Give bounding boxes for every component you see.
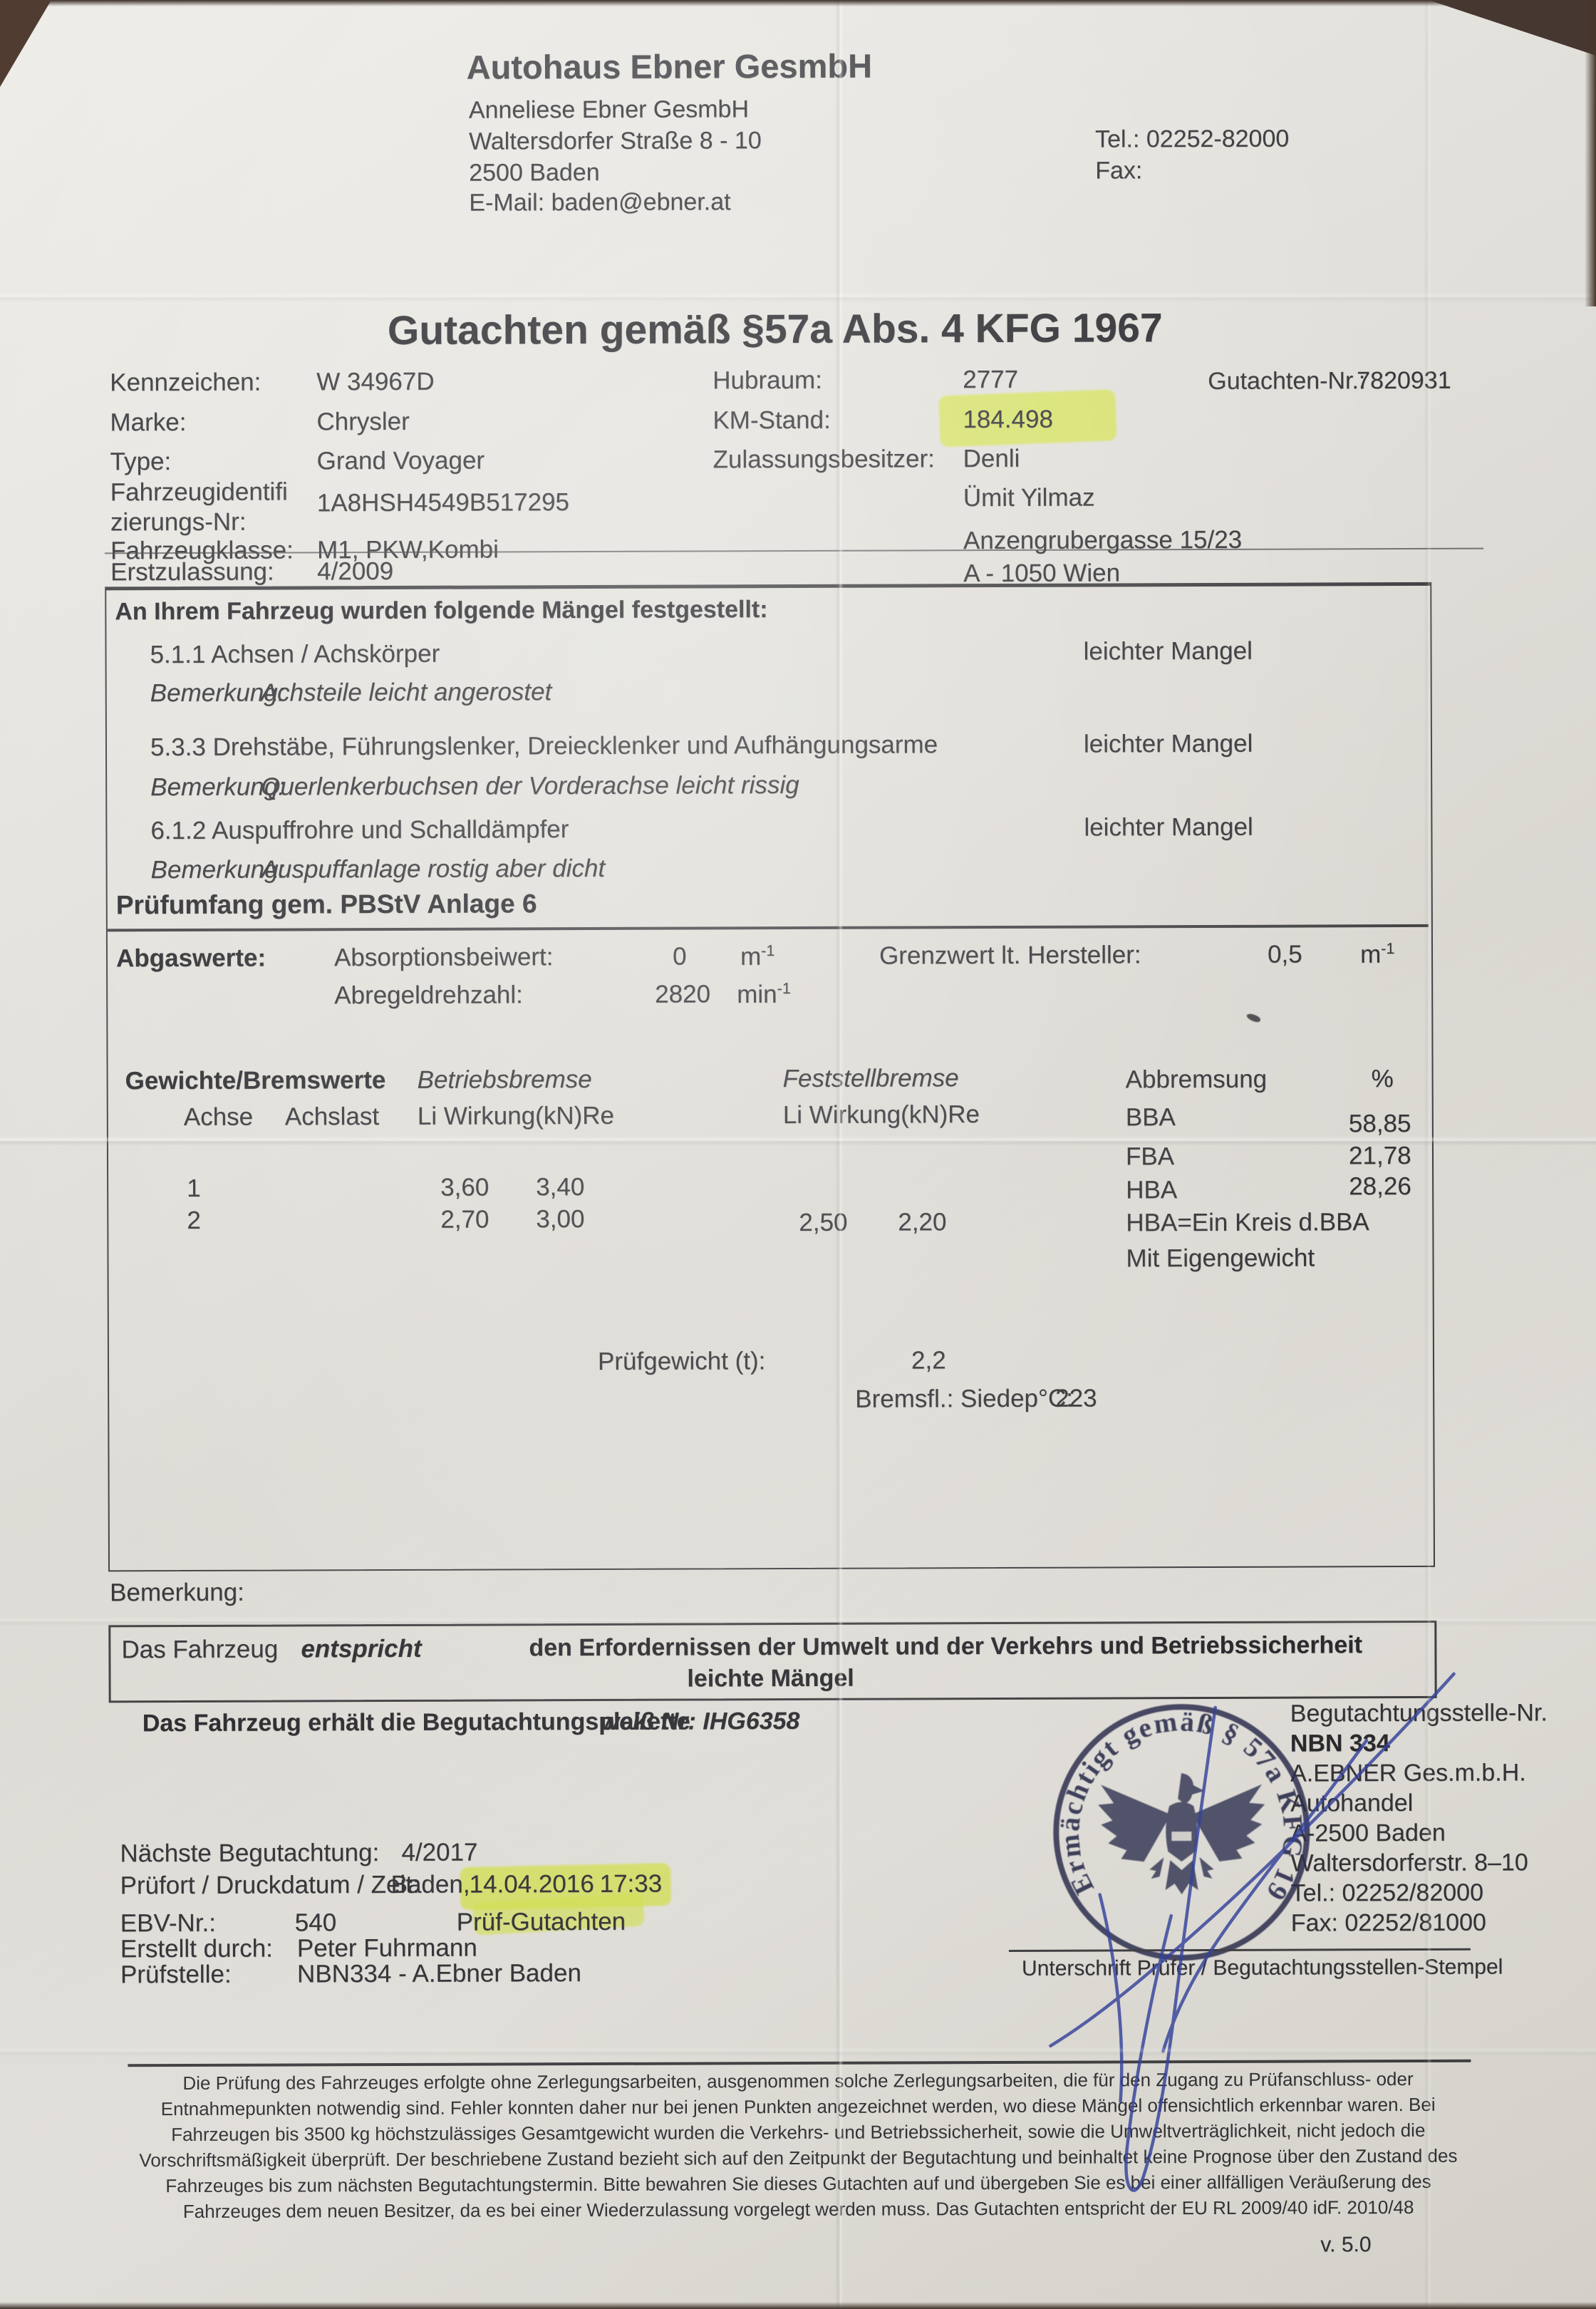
defect-remark: Querlenkerbuchsen der Vorderachse leicht… — [261, 771, 799, 802]
vin-label-line2: zierungs-Nr: — [110, 508, 247, 537]
limit-label: Grenzwert lt. Hersteller: — [879, 941, 1141, 971]
hba-note-1: HBA=Ein Kreis d.BBA — [1126, 1208, 1369, 1237]
km-label: KM-Stand: — [712, 406, 830, 435]
bba-value: 58,85 — [1349, 1110, 1411, 1139]
absorption-value: 0 — [673, 943, 687, 971]
wirkung-label-service: Li Wirkung(kN)Re — [418, 1102, 614, 1131]
defect-title: 6.1.2 Auspuffrohre und Schalldämpfer — [150, 815, 569, 845]
rpm-unit: min-1 — [737, 980, 791, 1009]
next-inspection-label: Nächste Begutachtung: — [120, 1839, 379, 1869]
pruefstelle-value: NBN334 - A.Ebner Baden — [297, 1959, 581, 1989]
vin-value: 1A8HSH4549B517295 — [317, 488, 569, 517]
print-date-value: 14.04.2016 — [470, 1870, 594, 1899]
pruefort-value: Baden, — [391, 1871, 470, 1900]
signature-caption: Unterschrift Prüfer / Begutachtungsstell… — [1022, 1956, 1503, 1982]
company-street: Waltersdorfer Straße 8 - 10 — [469, 127, 762, 156]
erstzulassung-value: 4/2009 — [317, 557, 393, 587]
austrian-eagle-icon — [1098, 1773, 1265, 1895]
fba-value: 21,78 — [1349, 1142, 1411, 1171]
axle2-num: 2 — [187, 1207, 201, 1235]
axle1-service-li: 3,60 — [440, 1174, 489, 1202]
axle1-num: 1 — [187, 1174, 201, 1203]
legal-line: Fahrzeuges dem neuen Besitzer, da es bei… — [123, 2194, 1473, 2225]
gutachten-nr-value: 7820931 — [1357, 367, 1451, 396]
defect-remark: Auspuffanlage rostig aber dicht — [261, 854, 606, 884]
company-email: E-Mail: baden@ebner.at — [469, 188, 730, 217]
defect-title: 5.3.3 Drehstäbe, Führungslenker, Dreieck… — [150, 730, 938, 762]
contact-name: Anneliese Ebner GesmbH — [469, 95, 749, 124]
pruefgewicht-label: Prüfgewicht (t): — [598, 1347, 765, 1376]
print-time-value: 17:33 — [600, 1870, 663, 1899]
pruefgewicht-value: 2,2 — [911, 1346, 946, 1375]
result-statement: den Erfordernissen der Umwelt und der Ve… — [529, 1631, 1362, 1662]
bemerkung-label: Bemerkung: — [110, 1579, 244, 1608]
besitzer-name: Ümit Yilmaz — [963, 484, 1095, 513]
hba-note-2: Mit Eigengewicht — [1126, 1244, 1315, 1273]
doc-type: Prüf-Gutachten — [457, 1908, 626, 1937]
abbremsung-label: Abbremsung — [1126, 1065, 1268, 1095]
hubraum-label: Hubraum: — [712, 366, 822, 396]
company-city: 2500 Baden — [469, 159, 600, 187]
scan-edge-top — [0, 0, 1596, 6]
rpm-label: Abregeldrehzahl: — [334, 981, 523, 1010]
scan-edge-bottom — [0, 2302, 1596, 2309]
type-label: Type: — [110, 448, 172, 477]
absorption-label: Absorptionsbeiwert: — [334, 943, 554, 972]
marke-label: Marke: — [110, 408, 186, 438]
marke-value: Chrysler — [316, 408, 409, 437]
vin-label-line1: Fahrzeugidentifi — [110, 477, 288, 507]
bremsfl-value: 223 — [1055, 1385, 1097, 1413]
axle2-service-re: 3,00 — [536, 1205, 584, 1234]
bba-label: BBA — [1126, 1103, 1176, 1132]
besitzer-value: Denli — [963, 445, 1020, 474]
achse-label: Achse — [184, 1103, 253, 1132]
type-value: Grand Voyager — [317, 447, 485, 476]
betriebsbremse-label: Betriebsbremse — [418, 1065, 592, 1095]
maengel-heading: An Ihrem Fahrzeug wurden folgende Mängel… — [115, 596, 767, 626]
version-label: v. 5.0 — [1320, 2233, 1371, 2258]
pruefumfang-heading: Prüfumfang gem. PBStV Anlage 6 — [116, 889, 537, 921]
wirkung-label-parking: Li Wirkung(kN)Re — [783, 1100, 980, 1130]
gutachten-nr-label: Gutachten-Nr.: — [1208, 367, 1365, 396]
bremsfl-label: Bremsfl.: Siedep°C: — [855, 1385, 1073, 1414]
axle2-parking-li: 2,50 — [799, 1209, 847, 1237]
absorption-unit: m-1 — [740, 942, 775, 971]
limit-unit: m-1 — [1360, 940, 1395, 969]
axle2-service-li: 2,70 — [440, 1206, 489, 1234]
document-content: Autohaus Ebner GesmbH Anneliese Ebner Ge… — [0, 0, 1596, 2309]
besitzer-label: Zulassungsbesitzer: — [713, 445, 935, 474]
company-fax: Fax: — [1095, 157, 1142, 185]
fba-label: FBA — [1126, 1142, 1174, 1171]
achslast-label: Achslast — [285, 1102, 379, 1132]
axle1-service-re: 3,40 — [536, 1173, 584, 1202]
next-inspection-value: 4/2017 — [401, 1839, 477, 1868]
result-subject: Das Fahrzeug — [121, 1636, 278, 1665]
defect-remark: Achsteile leicht angerostet — [261, 678, 552, 708]
erstellt-value: Peter Fuhrmann — [297, 1934, 477, 1963]
kennzeichen-value: W 34967D — [316, 368, 435, 397]
besitzer-street: Anzengrubergasse 15/23 — [963, 526, 1242, 556]
scanned-inspection-certificate: Autohaus Ebner GesmbH Anneliese Ebner Ge… — [0, 0, 1596, 2309]
legal-text: Die Prüfung des Fahrzeuges erfolgte ohne… — [123, 2066, 1473, 2225]
hba-label: HBA — [1126, 1176, 1177, 1205]
kennzeichen-label: Kennzeichen: — [110, 368, 261, 398]
defect-title: 5.1.1 Achsen / Achskörper — [150, 640, 440, 670]
defect-severity: leichter Mangel — [1084, 730, 1253, 759]
result-verdict: entspricht — [301, 1635, 421, 1664]
abgaswerte-label: Abgaswerte: — [116, 944, 266, 973]
ebv-label: EBV-Nr.: — [120, 1909, 216, 1938]
pruefort-label: Prüfort / Druckdatum / Zeit: — [120, 1871, 420, 1901]
document-title: Gutachten gemäß §57a Abs. 4 KFG 1967 — [388, 305, 1163, 354]
company-name: Autohaus Ebner GesmbH — [467, 47, 872, 87]
erstellt-label: Erstellt durch: — [120, 1935, 273, 1964]
rpm-value: 2820 — [655, 980, 710, 1009]
limit-value: 0,5 — [1268, 941, 1302, 969]
percent-label: % — [1372, 1065, 1394, 1093]
defect-severity: leichter Mangel — [1083, 637, 1252, 666]
feststellbremse-label: Feststellbremse — [783, 1064, 959, 1093]
km-value: 184.498 — [963, 406, 1053, 435]
hubraum-value: 2777 — [963, 366, 1018, 395]
plakette-value: weiß Nr: IHG6358 — [601, 1708, 800, 1736]
erstzulassung-rule — [105, 548, 1483, 554]
company-tel: Tel.: 02252-82000 — [1095, 125, 1289, 154]
erstzulassung-label: Erstzulassung: — [110, 558, 274, 587]
pruefstelle-label: Prüfstelle: — [120, 1961, 232, 1990]
hba-value: 28,26 — [1349, 1172, 1411, 1202]
inspection-stamp: Ermächtigt gemäß § 57a KFG 1967 — [1028, 1678, 1335, 1985]
axle2-parking-re: 2,20 — [898, 1208, 946, 1236]
defect-severity: leichter Mangel — [1084, 813, 1253, 842]
brakes-section-label: Gewichte/Bremswerte — [125, 1066, 386, 1096]
scan-edge-right — [1585, 0, 1596, 306]
ebv-value: 540 — [295, 1908, 337, 1937]
